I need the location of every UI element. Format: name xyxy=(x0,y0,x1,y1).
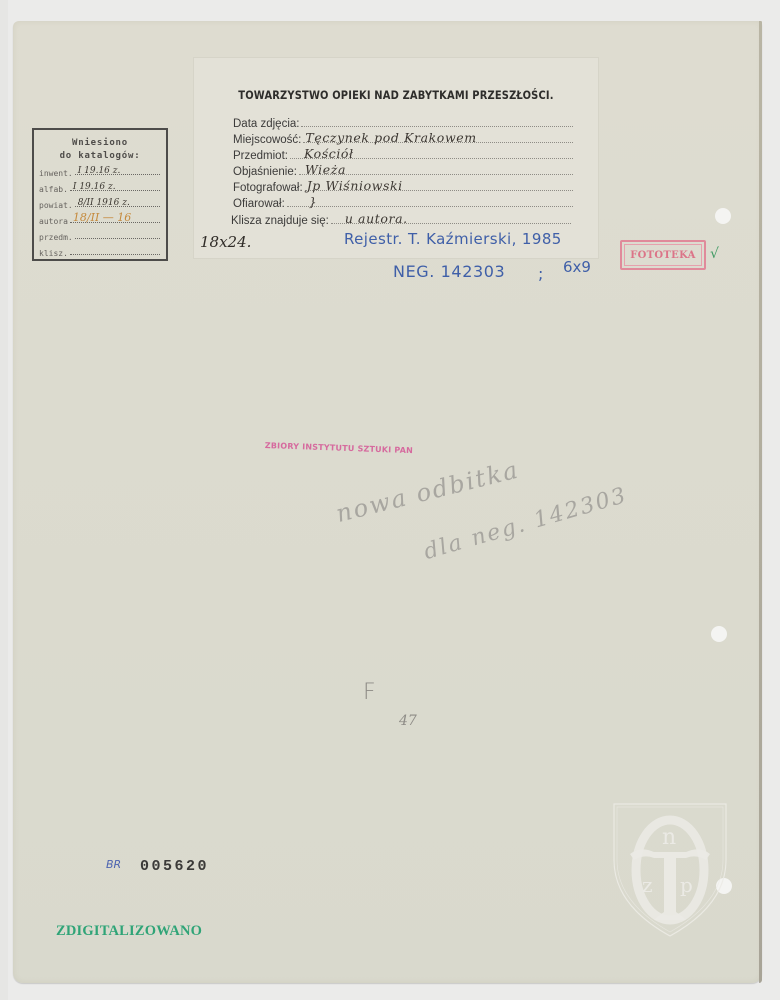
stamp-row-autora: autora 18/II — 16 xyxy=(39,212,160,226)
negative-size: 6x9 xyxy=(563,258,591,276)
stamp-row-value: I 19.16 z. xyxy=(78,166,121,176)
negative-number: NEG. 142303 xyxy=(393,262,505,281)
inventory-prefix: BR xyxy=(106,858,121,871)
stamp-row-inwent: inwent. I 19.16 z. xyxy=(39,164,160,178)
field-label: Przedmiot: xyxy=(233,150,288,162)
stamp-row-label: powiat. xyxy=(39,201,73,210)
fototeka-text: FOTOTEKA xyxy=(624,244,702,266)
field-label: Objaśnienie: xyxy=(233,166,297,178)
stamp-row-value: 18/II — 16 xyxy=(73,211,131,224)
field-miejscowosc: Miejscowość: Tęczynek pod Krakowem xyxy=(233,130,573,146)
stamp-row-label: przedm. xyxy=(39,233,73,242)
field-label: Data zdjęcia: xyxy=(233,118,299,130)
stamp-row-label: inwent. xyxy=(39,169,73,178)
inventory-number: 005620 xyxy=(140,858,209,875)
punch-hole-middle xyxy=(711,626,727,642)
field-label: Klisza znajduje się: xyxy=(231,215,329,227)
stamp-row-label: alfab. xyxy=(39,185,68,194)
stamp-row-value: I 19.16 z. xyxy=(73,182,116,192)
field-label: Miejscowość: xyxy=(233,134,301,146)
shield-emblem-icon: n z p xyxy=(610,800,730,940)
pencil-number: 47 xyxy=(399,713,417,729)
scan-background xyxy=(0,0,8,1000)
label-title: TOWARZYSTWO OPIEKI NAD ZABYTKAMI PRZESZŁ… xyxy=(222,88,569,102)
field-fotografowal: Fotografował: Jp Wiśniowski xyxy=(233,178,573,194)
catalog-stamp: Wniesiono do katalogów: inwent. I 19.16 … xyxy=(32,128,168,261)
stamp-row-label: autora xyxy=(39,217,68,226)
svg-text:p: p xyxy=(680,873,693,897)
registration-note: Rejestr. T. Kaźmierski, 1985 xyxy=(344,230,562,248)
stamp-row-label: klisz. xyxy=(39,249,68,258)
stamp-row-powiat: powiat. 8/II 1916 z. xyxy=(39,196,160,210)
field-label: Fotografował: xyxy=(233,182,303,194)
field-klisza: Klisza znajduje się: u autora. xyxy=(231,211,571,227)
stamp-row-alfab: alfab. I 19.16 z. xyxy=(39,180,160,194)
stamp-title-line2: do katalogów: xyxy=(34,150,166,163)
field-value: Wieża xyxy=(305,162,346,177)
punch-hole-top xyxy=(715,208,731,224)
stamp-row-klisz: klisz. xyxy=(39,244,160,258)
check-mark-icon: √ xyxy=(710,246,719,262)
field-value: u autora. xyxy=(345,211,408,226)
pencil-mark-f: F xyxy=(363,680,376,705)
stamp-row-przedm: przedm. xyxy=(39,228,160,242)
field-data-zdjecia: Data zdjęcia: xyxy=(233,114,573,130)
svg-text:z: z xyxy=(642,873,653,897)
negative-separator: ; xyxy=(538,264,543,283)
svg-text:n: n xyxy=(662,825,676,850)
field-value: } xyxy=(309,194,318,209)
field-value: Kościół xyxy=(304,146,354,161)
field-value: Tęczynek pod Krakowem xyxy=(305,130,476,145)
field-label: Ofiarował: xyxy=(233,198,285,210)
field-value: Jp Wiśniowski xyxy=(307,178,403,193)
field-objasnienie: Objaśnienie: Wieża xyxy=(233,162,573,178)
stamp-row-value: 8/II 1916 z. xyxy=(78,198,130,208)
society-label: TOWARZYSTWO OPIEKI NAD ZABYTKAMI PRZESZŁ… xyxy=(194,58,598,258)
fototeka-stamp: FOTOTEKA xyxy=(620,240,706,270)
format-note: 18x24. xyxy=(200,233,251,251)
digitized-stamp: ZDIGITALIZOWANO xyxy=(56,923,202,940)
field-przedmiot: Przedmiot: Kościół xyxy=(233,146,573,162)
field-ofiarowal: Ofiarował: } xyxy=(233,194,573,210)
stamp-title-line1: Wniesiono xyxy=(34,137,166,150)
